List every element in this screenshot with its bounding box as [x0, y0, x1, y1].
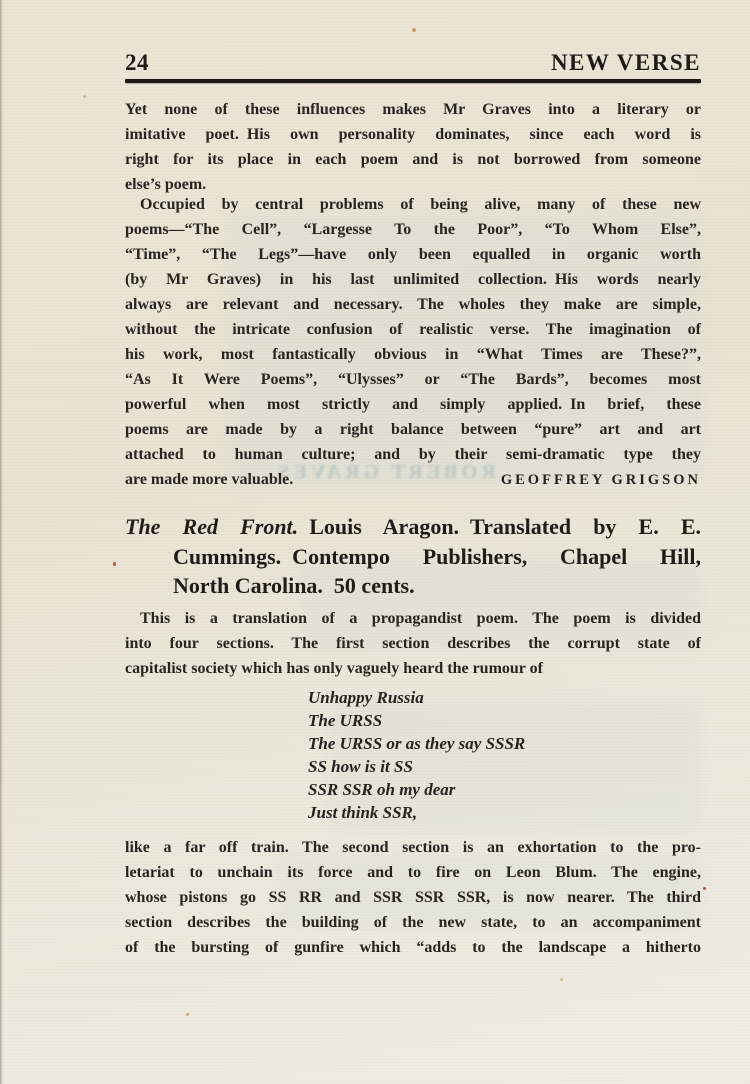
heading-line1-rest: Louis Aragon. Translated by E. E. [298, 514, 701, 539]
grigson-review-paragraph-2: Occupied by central problems of being al… [125, 192, 701, 492]
page-number: 24 [125, 50, 149, 76]
text-line: capitalist society which has only vaguel… [125, 656, 701, 681]
paper-speck [83, 95, 86, 98]
text-line: letariat to unchain its force and to fir… [125, 860, 701, 885]
text-line: whose pistons go SS RR and SSR SSR SSR, … [125, 885, 701, 910]
heading-line: The Red Front. Louis Aragon. Translated … [125, 512, 701, 542]
journal-title: NEW VERSE [551, 50, 701, 76]
quoted-verse: Unhappy Russia The URSS The URSS or as t… [125, 686, 750, 824]
text-line: right for its place in each poem and is … [125, 147, 701, 172]
review-heading: The Red Front. Louis Aragon. Translated … [125, 512, 701, 601]
verse-line: Unhappy Russia [308, 686, 750, 709]
scan-left-edge [0, 0, 3, 1084]
magazine-page: ROBERT GRAVES 24 NEW VERSE Yet none of t… [0, 0, 750, 1084]
paper-speck [703, 887, 706, 890]
text-line: “Time”, “The Legs”—have only been equall… [125, 242, 701, 267]
running-head: 24 NEW VERSE [125, 44, 701, 76]
text-line: Occupied by central problems of being al… [125, 192, 701, 217]
verse-line: SS how is it SS [308, 755, 750, 778]
text-line: (by Mr Graves) in his last unlimited col… [125, 267, 701, 292]
verse-line: SSR SSR oh my dear [308, 778, 750, 801]
header-rule [125, 79, 701, 83]
heading-line: Cummings. Contempo Publishers, Chapel Hi… [125, 542, 701, 572]
text-line: attached to human culture; and by their … [125, 442, 701, 467]
text-line: powerful when most strictly and simply a… [125, 392, 701, 417]
text-line: always are relevant and necessary. The w… [125, 292, 701, 317]
paper-speck [113, 562, 116, 566]
heading-line: North Carolina. 50 cents. [125, 571, 701, 601]
text-line: poems are made by a right balance betwee… [125, 417, 701, 442]
closing-text: are made more valuable. [125, 467, 293, 492]
paper-speck [186, 1013, 189, 1016]
text-line: section describes the building of the ne… [125, 910, 701, 935]
text-line: This is a translation of a propagandist … [125, 606, 701, 631]
closing-line: are made more valuable. GEOFFREY GRIGSON [125, 467, 701, 492]
paper-speck [560, 978, 563, 981]
red-front-paragraph-2: like a far off train. The second section… [125, 835, 701, 960]
text-line: without the intricate confusion of reali… [125, 317, 701, 342]
reviewed-title: The Red Front. [125, 514, 298, 539]
verse-line: The URSS or as they say SSSR [308, 732, 750, 755]
grigson-review-paragraph-1: Yet none of these influences makes Mr Gr… [125, 97, 701, 197]
text-line: “As It Were Poems”, “Ulysses” or “The Ba… [125, 367, 701, 392]
paper-speck [412, 28, 416, 32]
text-line: into four sections. The first section de… [125, 631, 701, 656]
verse-line: Just think SSR, [308, 801, 750, 824]
text-line: of the bursting of gunfire which “adds t… [125, 935, 701, 960]
text-line: Yet none of these influences makes Mr Gr… [125, 97, 701, 122]
reviewer-signature: GEOFFREY GRIGSON [501, 468, 701, 493]
text-line: his work, most fantastically obvious in … [125, 342, 701, 367]
text-line: like a far off train. The second section… [125, 835, 701, 860]
red-front-paragraph-1: This is a translation of a propagandist … [125, 606, 701, 681]
text-line: imitative poet. His own personality domi… [125, 122, 701, 147]
verse-line: The URSS [308, 709, 750, 732]
text-line: poems—“The Cell”, “Largesse To the Poor”… [125, 217, 701, 242]
